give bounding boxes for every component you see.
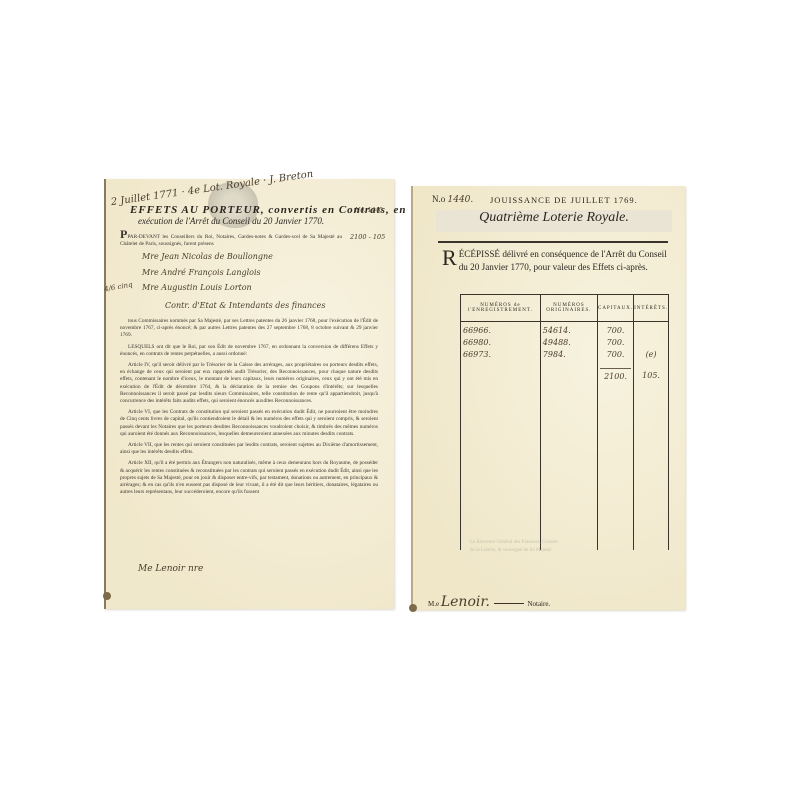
table-cell: 7984. — [543, 350, 595, 362]
notary-label: Notaire. — [527, 600, 550, 608]
table-cell: 66973. — [463, 350, 538, 362]
paragraph-article-xii: Article XII, qu'il a été permis aux Étra… — [120, 460, 378, 496]
left-signature: Me Lenoir nre — [138, 564, 203, 574]
paragraph-article-vi: Article VI, que les Contrats de constitu… — [120, 409, 378, 438]
receipt-text: ÉCÉPISSÉ délivré en conséquence de l'Arr… — [459, 249, 667, 272]
faded-print-line-2: de la Loterie, & soussigné de Sa Majesté — [470, 548, 670, 553]
receipt-number-label: N.o — [432, 194, 445, 204]
handwritten-name-4: Contr. d'Etat & Intendants des finances — [165, 301, 325, 310]
total-capitaux: 2100. — [600, 368, 631, 384]
paragraph-article-iv: Article IV, qu'il seroit délivré par le … — [120, 362, 378, 405]
opening-paragraph: PPAR-DEVANT les Conseillers du Roi, Nota… — [120, 231, 342, 248]
header-originaires: NUMÉROS ORIGINAIRES. — [540, 295, 597, 322]
lottery-title: Quatrième Loterie Royale. — [436, 210, 672, 232]
column-capitaux: 700. 700. 700. 2100. — [597, 322, 633, 551]
effects-table: NUMÉROS de l'ENREGISTREMENT. NUMÉROS ORI… — [460, 294, 669, 550]
margin-amount: 2100 - 105 — [350, 233, 385, 241]
header-capitaux: CAPITAUX. — [597, 295, 633, 322]
header-interets: INTÉRÊTS. — [634, 295, 669, 322]
table-cell: 54614. — [543, 326, 595, 338]
table-cell: 66966. — [463, 326, 538, 338]
notary-signature: Lenoir. — [441, 594, 490, 610]
receipt-statement: RÉCÉPISSÉ délivré en conséquence de l'Ar… — [442, 248, 678, 274]
table-cell: 700. — [600, 350, 631, 362]
column-interets: (e) 105. — [634, 322, 669, 551]
reference-number: No. 1440 — [355, 207, 383, 214]
binding-stain — [409, 604, 417, 612]
document-subtitle: exécution de l'Arrêt du Conseil du 20 Ja… — [138, 216, 324, 226]
paragraph-lesquels: LESQUELS ont dit que le Roi, par son Édi… — [120, 344, 378, 358]
signature-rule — [494, 603, 524, 604]
body-text: tous Commissaires nommés par Sa Majesté,… — [120, 318, 378, 500]
jouissance-heading: JOUISSANCE DE JUILLET 1769. — [490, 195, 638, 205]
column-originaires: 54614. 49488. 7984. — [540, 322, 597, 551]
table-cell: 700. — [600, 338, 631, 350]
binding-stain — [103, 592, 111, 600]
receipt-number: N.o 1440. — [432, 194, 473, 205]
table-cell: 66980. — [463, 338, 538, 350]
paragraph-article-vii: Article VII, que les rentes qui seroient… — [120, 442, 378, 456]
handwritten-name-1: Mre Jean Nicolas de Boullongne — [142, 252, 273, 261]
table-cell: 49488. — [543, 338, 595, 350]
table-cell — [636, 338, 666, 350]
receipt-number-value: 1440. — [448, 195, 474, 205]
table-cell: 700. — [600, 326, 631, 338]
column-enregistrement: 66966. 66980. 66973. — [461, 322, 541, 551]
total-interets: 105. — [636, 368, 666, 383]
handwritten-name-3: Mre Augustin Louis Lorton — [142, 283, 252, 292]
table-cell: (e) — [636, 350, 666, 362]
handwritten-name-2: Mre André François Langlois — [142, 268, 261, 277]
notary-line: M.e Lenoir. Notaire. — [428, 594, 550, 610]
faded-print-line-1: Le Receveur Général des Finances, Caissi… — [470, 540, 670, 545]
drop-cap: R — [442, 248, 457, 268]
table-cell — [636, 326, 666, 338]
notary-prefix: M.e — [428, 600, 439, 608]
paragraph-commissaires: tous Commissaires nommés par Sa Majesté,… — [120, 318, 378, 340]
opening-text: PAR-DEVANT les Conseillers du Roi, Notai… — [120, 234, 342, 247]
table-body: 66966. 66980. 66973. 54614. 49488. 7984.… — [461, 322, 669, 551]
title-rule — [438, 241, 668, 243]
header-enregistrement: NUMÉROS de l'ENREGISTREMENT. — [461, 295, 541, 322]
